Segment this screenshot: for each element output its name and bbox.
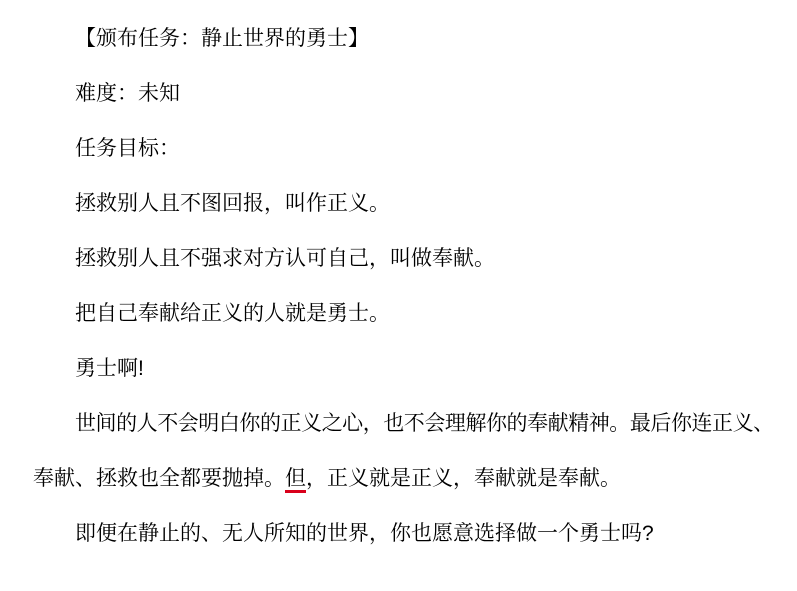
quest-title: 【颁布任务：静止世界的勇士】	[0, 11, 797, 66]
final-question-line: 即便在静止的、无人所知的世界，你也愿意选择做一个勇士吗?	[0, 506, 797, 561]
underlined-word: 但	[285, 467, 306, 490]
paragraph-line-2-after: ，正义就是正义，奉献就是奉献。	[306, 467, 621, 490]
brave-definition-line: 把自己奉献给正义的人就是勇士。	[0, 286, 797, 341]
difficulty-line: 难度：未知	[0, 66, 797, 121]
justice-definition-line: 拯救别人且不图回报，叫作正义。	[0, 176, 797, 231]
document-page: 【颁布任务：静止世界的勇士】 难度：未知 任务目标： 拯救别人且不图回报，叫作正…	[0, 0, 797, 591]
paragraph-line-2-before: 奉献、拯救也全都要抛掉。	[33, 467, 285, 490]
paragraph-line-1: 世间的人不会明白你的正义之心，也不会理解你的奉献精神。最后你连正义、	[0, 396, 797, 451]
paragraph-line-2: 奉献、拯救也全都要抛掉。但，正义就是正义，奉献就是奉献。	[0, 451, 797, 506]
brave-exclamation-line: 勇士啊!	[0, 341, 797, 396]
objective-label: 任务目标：	[0, 121, 797, 176]
dedication-definition-line: 拯救别人且不强求对方认可自己，叫做奉献。	[0, 231, 797, 286]
